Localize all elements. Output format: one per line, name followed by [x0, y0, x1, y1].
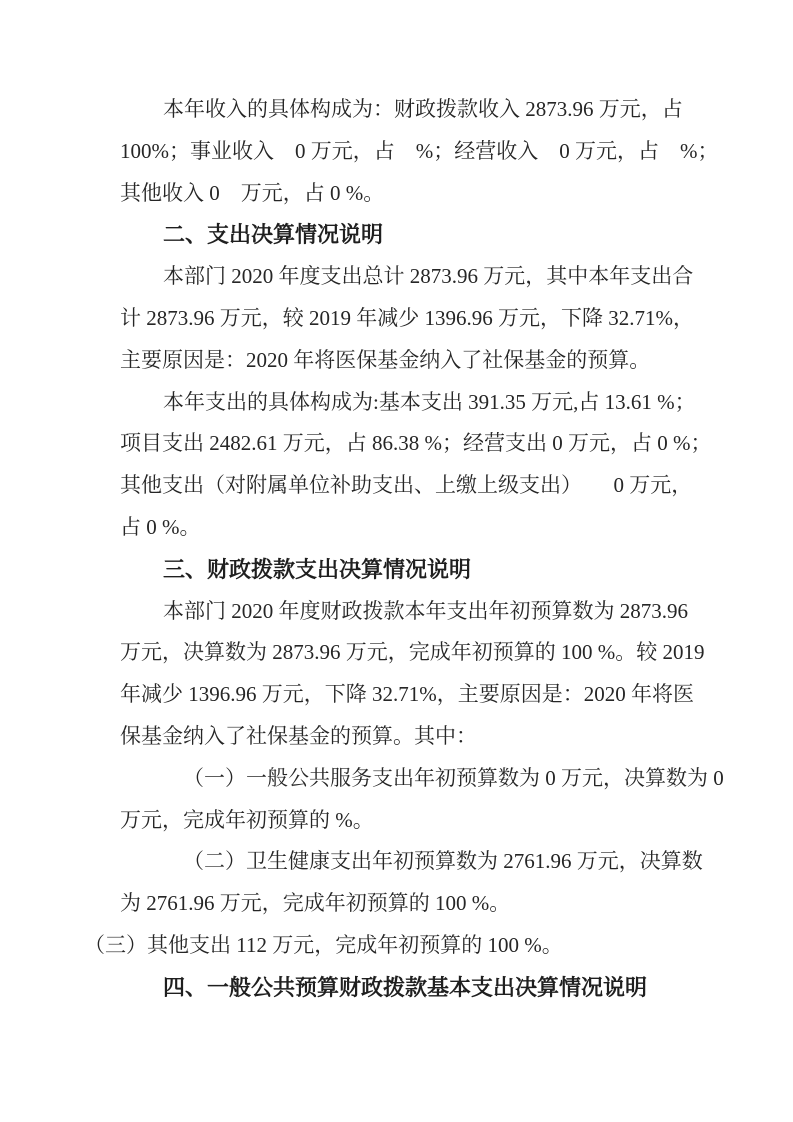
- text-line: 100%；事业收入 0 万元，占 %；经营收入 0 万元，占 %；: [120, 131, 676, 173]
- text-line: 本部门 2020 年度支出总计 2873.96 万元，其中本年支出合: [120, 256, 676, 298]
- text-line: 本年支出的具体构成为:基本支出 391.35 万元,占 13.61 %；: [120, 382, 676, 424]
- list-item-line: （一）一般公共服务支出年初预算数为 0 万元，决算数为 0: [120, 758, 676, 800]
- list-item-line: （三）其他支出 112 万元，完成年初预算的 100 %。: [84, 925, 676, 967]
- text-line: 主要原因是：2020 年将医保基金纳入了社保基金的预算。: [120, 340, 676, 382]
- text-line: 占 0 %。: [120, 507, 676, 549]
- section-heading-basic-expenditure: 四、一般公共预算财政拨款基本支出决算情况说明: [120, 967, 676, 1009]
- text-line: 万元，完成年初预算的 %。: [120, 800, 676, 842]
- text-line: 其他收入 0 万元，占 0 %。: [120, 173, 676, 215]
- text-line: 为 2761.96 万元，完成年初预算的 100 %。: [120, 883, 676, 925]
- text-line: 其他支出（对附属单位补助支出、上缴上级支出） 0 万元，: [120, 465, 676, 507]
- document-page: 本年收入的具体构成为：财政拨款收入 2873.96 万元，占 100%；事业收入…: [0, 0, 793, 1122]
- section-heading-fiscal-appropriation: 三、财政拨款支出决算情况说明: [120, 549, 676, 591]
- text-line: 项目支出 2482.61 万元，占 86.38 %；经营支出 0 万元，占 0 …: [120, 423, 676, 465]
- document-text-block: 本年收入的具体构成为：财政拨款收入 2873.96 万元，占 100%；事业收入…: [120, 89, 676, 1009]
- text-line: 本年收入的具体构成为：财政拨款收入 2873.96 万元，占: [120, 89, 676, 131]
- text-line: 计 2873.96 万元，较 2019 年减少 1396.96 万元，下降 32…: [120, 298, 676, 340]
- text-line: 万元，决算数为 2873.96 万元，完成年初预算的 100 %。较 2019: [120, 632, 676, 674]
- text-line: 本部门 2020 年度财政拨款本年支出年初预算数为 2873.96: [120, 591, 676, 633]
- section-heading-expenditure: 二、支出决算情况说明: [120, 214, 676, 256]
- list-item-line: （二）卫生健康支出年初预算数为 2761.96 万元，决算数: [120, 841, 676, 883]
- text-line: 年减少 1396.96 万元，下降 32.71%，主要原因是：2020 年将医: [120, 674, 676, 716]
- text-line: 保基金纳入了社保基金的预算。其中：: [120, 716, 676, 758]
